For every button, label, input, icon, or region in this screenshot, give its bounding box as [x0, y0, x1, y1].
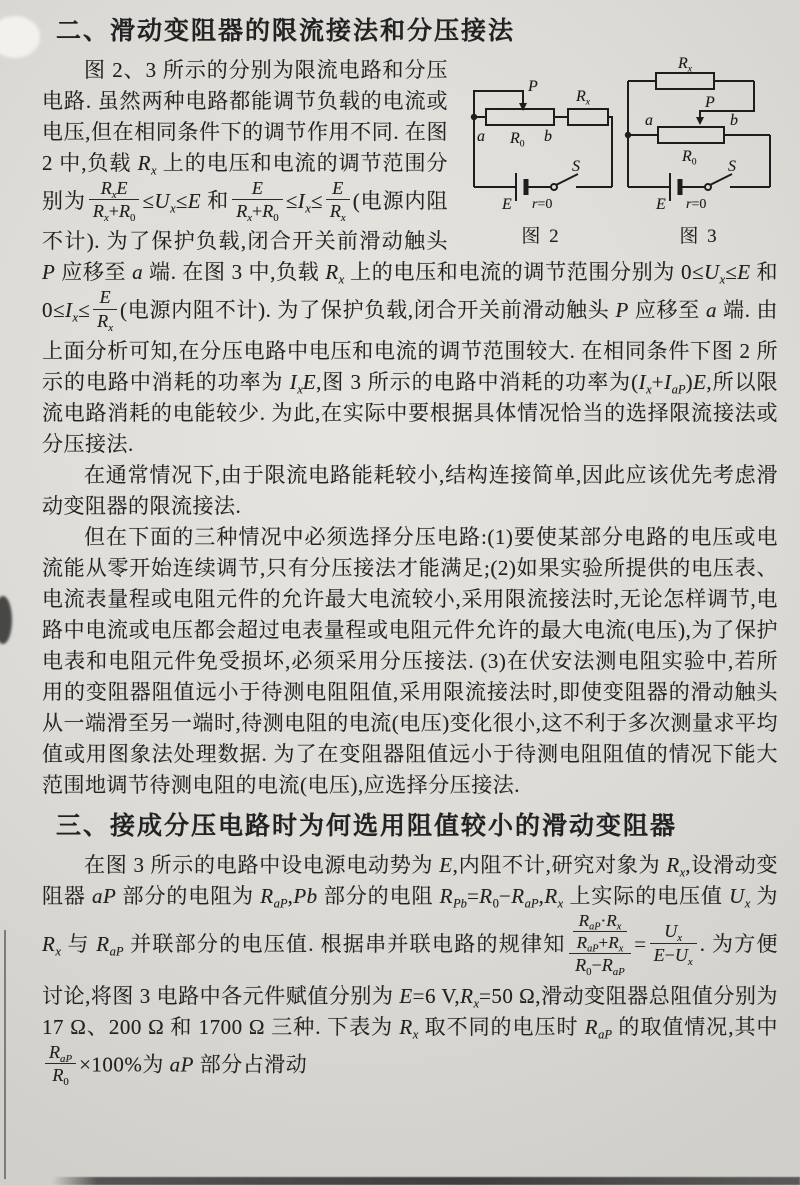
- figure-2-diagram: P Rx a b R0 E r=0 S: [466, 77, 616, 215]
- fig2-label-terminal-b: b: [544, 129, 552, 145]
- scanned-textbook-page: 二、滑动变阻器的限流接法和分压接法: [0, 0, 800, 1185]
- fig2-label-switch: S: [572, 159, 580, 175]
- fraction-ix-lower-bound: ERx+R0: [232, 178, 282, 221]
- fig2-label-terminal-a: a: [477, 129, 485, 145]
- text-run: 和: [201, 189, 229, 213]
- figure-3-circuit-svg: [620, 57, 778, 215]
- fig2-label-rx: Rx: [576, 89, 590, 105]
- math-run: =: [634, 932, 646, 956]
- fig3-label-switch: S: [728, 159, 736, 175]
- fig3-label-r0: R0: [682, 149, 697, 165]
- scan-bottom-shadow-band: [52, 1177, 800, 1185]
- section-2-heading: 二、滑动变阻器的限流接法和分压接法: [56, 16, 778, 47]
- nested-fraction-parallel-resistance: RaP·RxRaP+RxR0−RaP: [569, 911, 632, 976]
- unit-run: V,: [436, 984, 460, 1008]
- fraction-rap-over-r0: RaPR0: [45, 1042, 76, 1085]
- fig2-label-r0: R0: [510, 131, 525, 147]
- fig2-label-internal-resistance: r=0: [532, 198, 552, 212]
- fraction-ux-lower-bound: RxERx+R0: [89, 178, 139, 221]
- fig2-label-emf: E: [502, 197, 512, 213]
- fig2-label-slider-p: P: [528, 79, 538, 95]
- figure-3-diagram: Rx P a b R0 E r=0 S: [620, 57, 778, 215]
- math-run: ≤Ix≤: [286, 189, 323, 213]
- figure-3-caption: 图 3: [679, 221, 718, 252]
- fig3-label-rx: Rx: [678, 56, 692, 72]
- fig3-label-terminal-a: a: [645, 113, 653, 129]
- math-run: ≤Ux≤E: [142, 189, 201, 213]
- figure-3: Rx P a b R0 E r=0 S 图 3: [620, 57, 778, 252]
- figure-2: P Rx a b R0 E r=0 S 图 2: [466, 77, 616, 252]
- text-run: ×100%为 aP 部分占滑动: [79, 1052, 307, 1076]
- inner-fraction: RaP·RxRaP+Rx: [573, 911, 628, 952]
- figure-2-circuit-svg: [466, 77, 616, 215]
- section-3-heading: 三、接成分压电路时为何选用阻值较小的滑动变阻器: [56, 811, 778, 842]
- fig3-label-internal-resistance: r=0: [686, 198, 706, 212]
- figure-2-caption: 图 2: [521, 221, 560, 252]
- fraction-ix-upper-bound-fig3: ERx: [93, 287, 117, 330]
- figures-panel: P Rx a b R0 E r=0 S 图 2: [458, 57, 778, 252]
- fig3-label-slider-p: P: [705, 95, 715, 111]
- fig3-label-terminal-b: b: [730, 113, 738, 129]
- section2-paragraph-3: 但在下面的三种情况中必须选择分压电路:(1)要使某部分电路的电压或电流能从零开始…: [42, 522, 778, 801]
- text-run: (电源内阻不计). 为了保护负载,闭合开关前滑动触头 P 应移至 a 端. 由上…: [42, 298, 778, 456]
- section3-paragraph-1: 在图 3 所示的电路中设电源电动势为 E,内阻不计,研究对象为 Rx,设滑动变阻…: [42, 850, 778, 1090]
- section2-paragraph-2: 在通常情况下,由于限流电路能耗较小,结构连接简单,因此应该优先考虑滑动变阻器的限…: [42, 460, 778, 522]
- fraction-voltage-ratio: UxE−Ux: [650, 921, 697, 964]
- fig3-label-emf: E: [656, 197, 666, 213]
- page-content: 二、滑动变阻器的限流接法和分压接法: [0, 0, 800, 1090]
- fraction-ix-upper-bound: ERx: [326, 178, 350, 221]
